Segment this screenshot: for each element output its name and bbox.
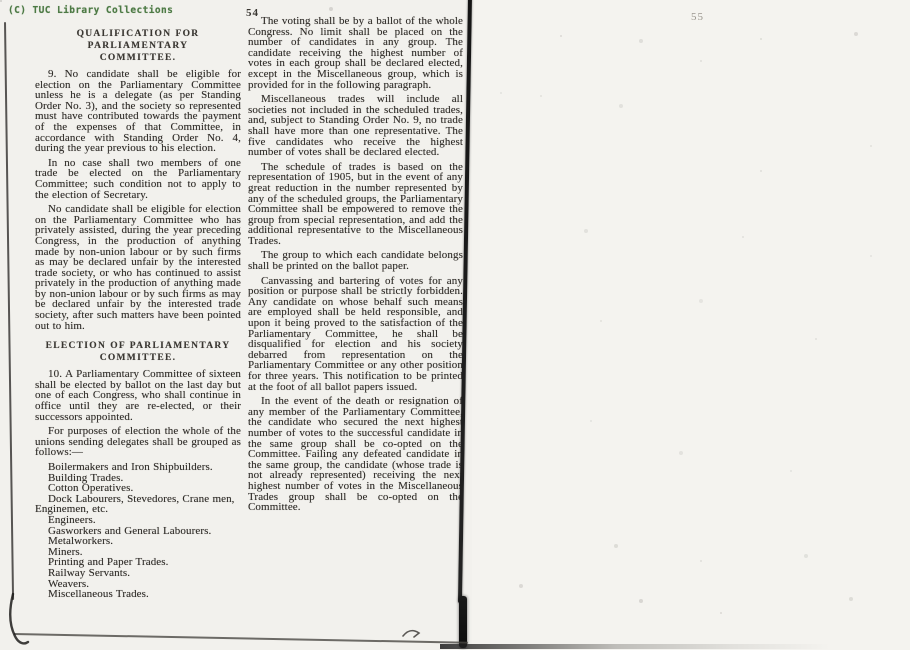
page-spine-edge-blob: [459, 596, 467, 648]
list-item: Boilermakers and Iron Shipbuilders.: [35, 462, 241, 473]
heading-line: COMMITTEE.: [35, 52, 241, 64]
trade-groups-list: Boilermakers and Iron Shipbuilders. Buil…: [35, 462, 241, 600]
paper-speckles: [0, 0, 2, 2]
scanned-book-spread: (C) TUC Library Collections 54 55 QUALIF…: [0, 0, 910, 650]
paragraph-rule9: 9. No candidate shall be eligible for el…: [35, 69, 241, 154]
paragraph: No candidate shall be eligible for elect…: [35, 204, 241, 331]
paragraph: In no case shall two members of one trad…: [35, 158, 241, 200]
list-item: Miscellaneous Trades.: [35, 589, 241, 600]
paragraph-rule10: 10. A Parliamentary Committee of sixteen…: [35, 369, 241, 422]
list-item: Engineers.: [35, 515, 241, 526]
page54-right-column: The voting shall be by a ballot of the w…: [248, 16, 463, 634]
paragraph: The voting shall be by a ballot of the w…: [248, 16, 463, 90]
heading-line: ELECTION OF PARLIAMENTARY: [35, 340, 241, 352]
list-item: Dock Labourers, Stevedores, Crane men, E…: [35, 494, 241, 515]
paragraph: For purposes of election the whole of th…: [35, 426, 241, 458]
page-bottom-edge-line: [14, 633, 468, 643]
section-heading-qualification: QUALIFICATION FOR PARLIAMENTARY COMMITTE…: [35, 28, 241, 64]
paragraph: In the event of the death or resignation…: [248, 396, 463, 513]
list-item: Railway Servants.: [35, 568, 241, 579]
heading-line: QUALIFICATION FOR PARLIAMENTARY: [35, 28, 241, 52]
pen-mark-bottom-left: [2, 592, 30, 650]
page54-left-column: QUALIFICATION FOR PARLIAMENTARY COMMITTE…: [35, 28, 241, 624]
paragraph: Miscellaneous trades will include all so…: [248, 94, 463, 158]
pen-mark-tick: [401, 625, 423, 641]
section-heading-election: ELECTION OF PARLIAMENTARY COMMITTEE.: [35, 340, 241, 364]
paragraph: Canvassing and bartering of votes for an…: [248, 276, 463, 393]
page-left-edge-line: [4, 22, 14, 600]
heading-line: COMMITTEE.: [35, 352, 241, 364]
page-55-blank-area: [472, 0, 910, 650]
page-number-55: 55: [691, 11, 704, 23]
library-watermark: (C) TUC Library Collections: [8, 5, 173, 16]
paragraph: The group to which each candidate belong…: [248, 250, 463, 271]
scan-bottom-smudge: [440, 644, 830, 649]
paragraph: The schedule of trades is based on the r…: [248, 162, 463, 247]
